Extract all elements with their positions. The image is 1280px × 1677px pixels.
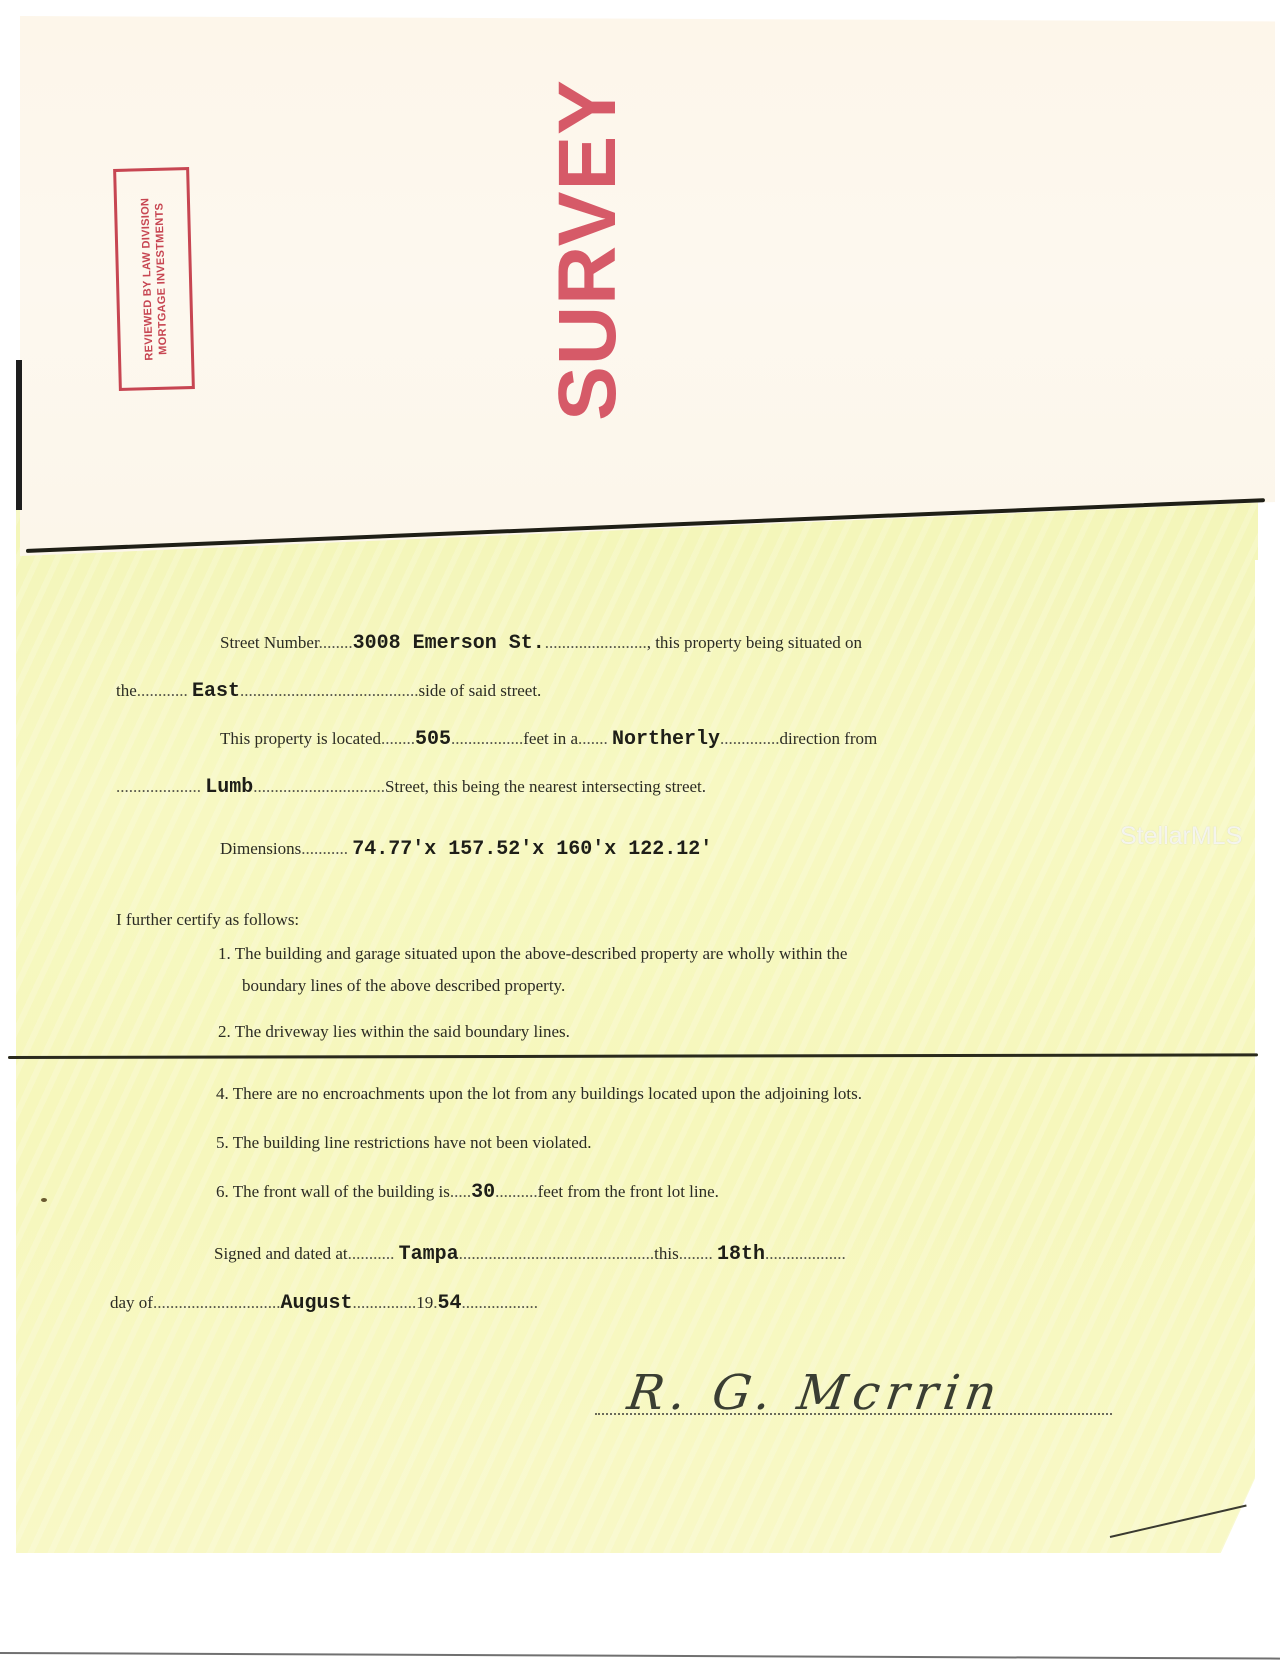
signed-date-row: day of..............................Augu… [110,1292,538,1315]
cover-flap [20,16,1275,556]
dimensions-value: 74.77'x 157.52'x 160'x 122.12' [352,838,712,861]
street-side-value: East [192,680,240,703]
intersection-row: .................... Lumb...............… [116,776,706,799]
stellarmls-watermark: StellarMLS [1120,822,1242,851]
front-wall-distance-value: 30 [471,1181,495,1204]
signature-line [595,1413,1112,1415]
page-bottom-edge [0,1652,1280,1660]
cert-item-2: 2. The driveway lies within the said bou… [218,1022,570,1042]
survey-title-stamp: SURVEY [553,70,623,430]
signed-year-value: 54 [437,1292,461,1315]
signed-month-value: August [280,1292,352,1315]
intersecting-street-value: Lumb [205,776,253,799]
cert-item-6: 6. The front wall of the building is....… [216,1181,719,1204]
certify-heading: I further certify as follows: [116,910,299,930]
page-margin [1255,560,1280,1560]
street-number-value: 3008 Emerson St. [353,632,545,655]
paper-speck [41,1198,47,1202]
distance-value: 505 [415,728,451,751]
location-row: This property is located........505.....… [220,728,877,751]
dimensions-row: Dimensions........... 74.77'x 157.52'x 1… [220,838,712,861]
survey-title: SURVEY [541,79,635,421]
cert-item-1a: 1. The building and garage situated upon… [218,944,847,964]
street-side-row: the............ East....................… [116,680,541,703]
cert-item-5: 5. The building line restrictions have n… [216,1133,592,1153]
law-division-stamp: REVIEWED BY LAW DIVISION MORTGAGE INVEST… [113,167,195,391]
street-number-row: Street Number........3008 Emerson St....… [220,632,862,655]
direction-value: Northerly [612,728,720,751]
signed-place-row: Signed and dated at........... Tampa....… [214,1243,846,1266]
cert-item-1b: boundary lines of the above described pr… [242,976,565,996]
cover-shadow-edge [16,360,22,510]
cert-item-4: 4. There are no encroachments upon the l… [216,1084,862,1104]
signed-day-value: 18th [717,1243,765,1266]
signed-place-value: Tampa [399,1243,459,1266]
